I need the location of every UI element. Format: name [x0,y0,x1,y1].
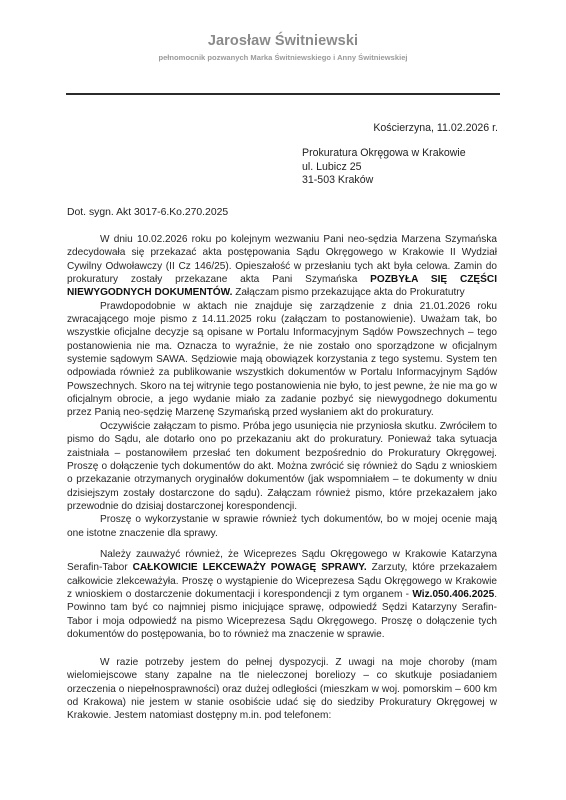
paragraph: W razie potrzeby jestem do pełnej dyspoz… [67,656,497,723]
paragraph: Proszę o wykorzystanie w sprawie również… [67,513,497,540]
section-vice-president: Należy zauważyć również, że Wiceprezes S… [67,548,497,641]
sender-name: Jarosław Świtniewski [0,33,566,49]
header-divider [66,93,500,95]
recipient-city: 31-503 Kraków [302,174,466,188]
paragraph-text: Załączam pismo przekazujące akta do Prok… [232,287,464,298]
sender-role: pełnomocnik pozwanych Marka Świtniewskie… [0,53,566,62]
case-reference: Dot. sygn. Akt 3017-6.Ko.270.2025 [67,207,228,218]
section-availability: W razie potrzeby jestem do pełnej dyspoz… [67,656,497,723]
emphasis-text: CAŁKOWICIE LEKCEWAŻY POWAGĘ SPRAWY. [133,562,367,573]
paragraph: Prawdopodobnie w aktach nie znajduje się… [67,300,497,420]
paragraph: Oczywiście załączam to pismo. Próba jego… [67,420,497,513]
section-documents: W dniu 10.02.2026 roku po kolejnym wezwa… [67,233,497,540]
case-number-emphasis: Wiz.050.406.2025 [412,589,494,600]
place-date: Kościerzyna, 11.02.2026 r. [373,122,498,134]
paragraph: Należy zauważyć również, że Wiceprezes S… [67,548,497,641]
recipient-street: ul. Lubicz 25 [302,161,466,175]
recipient-name: Prokuratura Okręgowa w Krakowie [302,147,466,161]
paragraph: W dniu 10.02.2026 roku po kolejnym wezwa… [67,233,497,300]
recipient-address: Prokuratura Okręgowa w Krakowie ul. Lubi… [302,147,466,188]
letter-page: Jarosław Świtniewski pełnomocnik pozwany… [0,0,566,800]
